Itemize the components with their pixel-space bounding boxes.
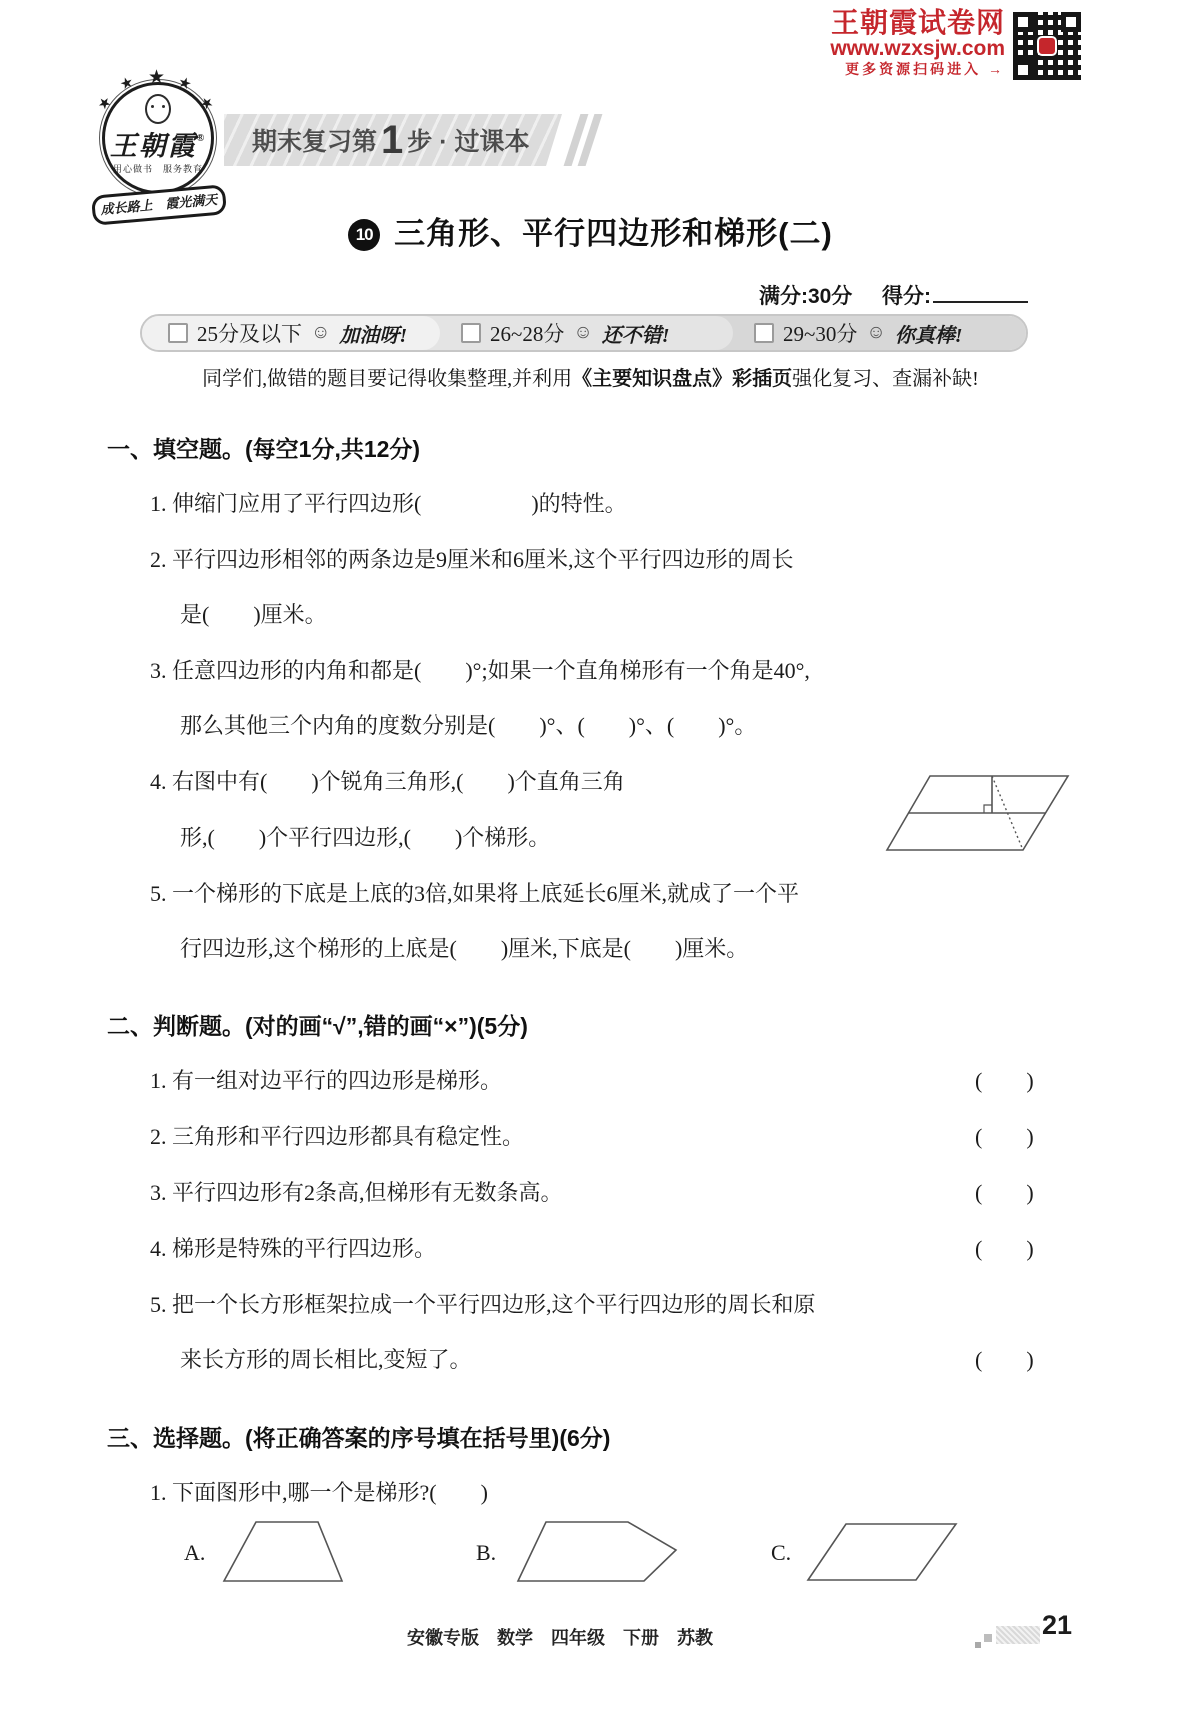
site-brand: 王朝霞试卷网 www.wzxsjw.com 更多资源扫码进入 →	[830, 8, 1005, 78]
smiley-icon: ☺	[573, 322, 592, 344]
sec1-q4-line1: 4. 右图中有( )个锐角三角形,( )个直角三角	[150, 765, 625, 796]
earned-score-label: 得分:	[882, 285, 931, 308]
worksheet-page: 王朝霞试卷网 www.wzxsjw.com 更多资源扫码进入 → ★ ★ ★ ★…	[0, 0, 1181, 1730]
lesson-title: 三角形、平行四边形和梯形(二)	[394, 216, 833, 251]
tier-checkbox[interactable]	[754, 323, 774, 343]
logo-name: 王朝霞®	[92, 124, 224, 163]
option-a-label: A.	[184, 1540, 205, 1566]
banner-text-pre: 期末复习第	[252, 122, 377, 158]
sec2-item5-line2: 来长方形的周长相比,变短了。	[180, 1343, 472, 1374]
answer-bracket: ( )	[975, 1120, 1034, 1151]
notice-pre: 同学们,做错的题目要记得收集整理,并利用	[202, 368, 572, 390]
score-blank-line	[933, 281, 1028, 303]
qr-center-emblem-icon	[1037, 36, 1057, 56]
star-icon: ★	[117, 72, 136, 94]
option-b-label: B.	[476, 1540, 496, 1566]
answer-bracket: ( )	[975, 1232, 1034, 1263]
star-icon: ★	[175, 72, 194, 94]
tier-range: 25分及以下	[197, 318, 302, 348]
sec1-q3-line1: 3. 任意四边形的内角和都是( )°;如果一个直角梯形有一个角是40°,	[150, 654, 810, 685]
tier-comment: 还不错!	[602, 319, 670, 348]
answer-bracket: ( )	[975, 1064, 1034, 1095]
notice-post: 强化复习、查漏补缺!	[792, 368, 979, 390]
site-brand-title: 王朝霞试卷网	[830, 8, 1005, 38]
score-band: 25分及以下 ☺ 加油呀! 26~28分 ☺ 还不错! 29~30分 ☺ 你真棒…	[140, 314, 1028, 352]
sec1-q1: 1. 伸缩门应用了平行四边形( )的特性。	[150, 487, 627, 518]
page-number-decor	[996, 1626, 1040, 1644]
tier-checkbox[interactable]	[168, 323, 188, 343]
registered-mark: ®	[197, 133, 206, 144]
score-band-tier-2: 26~28分 ☺ 还不错!	[421, 316, 733, 350]
page-number-decor-square	[975, 1642, 981, 1648]
publisher-logo: ★ ★ ★ ★ ★ 王朝霞® 用心做书 服务教育 成长路上 霞光满天	[92, 68, 224, 224]
banner-step-number: 1	[381, 118, 403, 163]
sec2-item2: 2. 三角形和平行四边形都具有稳定性。	[150, 1120, 524, 1151]
smiley-icon: ☺	[866, 322, 885, 344]
portrait-icon	[145, 94, 171, 124]
option-c-parallelogram	[806, 1520, 958, 1584]
sec2-item3: 3. 平行四边形有2条高,但梯形有无数条高。	[150, 1176, 563, 1207]
qr-code-icon	[1013, 12, 1081, 80]
section3-heading: 三、选择题。(将正确答案的序号填在括号里)(6分)	[107, 1420, 610, 1453]
tier-range: 29~30分	[783, 318, 857, 348]
score-band-tier-1: 25分及以下 ☺ 加油呀!	[142, 316, 440, 350]
section1-heading: 一、填空题。(每空1分,共12分)	[107, 431, 420, 464]
tier-range: 26~28分	[490, 318, 564, 348]
star-icon: ★	[148, 66, 165, 89]
sec2-item1: 1. 有一组对边平行的四边形是梯形。	[150, 1064, 502, 1095]
sec1-q5-line1: 5. 一个梯形的下底是上底的3倍,如果将上底延长6厘米,就成了一个平	[150, 877, 799, 908]
notice-em: 《主要知识盘点》彩插页	[572, 368, 792, 390]
qr-finder-icon	[1013, 12, 1033, 32]
tier-checkbox[interactable]	[461, 323, 481, 343]
full-score-label: 满分:30分	[759, 285, 852, 308]
logo-subtext: 用心做书 服务教育	[92, 162, 224, 175]
site-url: www.wzxsjw.com	[830, 38, 1005, 60]
option-a-trapezoid	[222, 1518, 346, 1586]
page-title: 10三角形、平行四边形和梯形(二)	[0, 208, 1181, 253]
banner-text-post: 步 · 过课本	[407, 122, 529, 158]
page-number-decor-square	[984, 1634, 992, 1642]
sec1-q2-line1: 2. 平行四边形相邻的两条边是9厘米和6厘米,这个平行四边形的周长	[150, 543, 794, 574]
sec2-item4: 4. 梯形是特殊的平行四边形。	[150, 1232, 436, 1263]
site-tagline: 更多资源扫码进入 →	[830, 60, 1005, 78]
sec1-q5-line2: 行四边形,这个梯形的上底是( )厘米,下底是( )厘米。	[180, 932, 748, 963]
notice-line: 同学们,做错的题目要记得收集整理,并利用《主要知识盘点》彩插页强化复习、查漏补缺…	[0, 362, 1181, 391]
sec1-q3-line2: 那么其他三个内角的度数分别是( )°、( )°、( )°。	[180, 709, 756, 740]
option-b-pentagon	[516, 1518, 680, 1586]
page-number: 21	[1042, 1610, 1072, 1641]
lesson-number-badge: 10	[348, 219, 380, 251]
sec1-q2-line2: 是( )厘米。	[180, 598, 327, 629]
option-c-label: C.	[771, 1540, 791, 1566]
qr-finder-icon	[1061, 12, 1081, 32]
answer-bracket: ( )	[975, 1176, 1034, 1207]
qr-finder-icon	[1013, 60, 1033, 80]
section2-heading: 二、判断题。(对的画“√”,错的画“×”)(5分)	[107, 1008, 528, 1041]
tier-comment: 加油呀!	[339, 319, 407, 348]
sec2-item5-line1: 5. 把一个长方形框架拉成一个平行四边形,这个平行四边形的周长和原	[150, 1288, 816, 1319]
q4-figure-parallelogram	[880, 768, 1076, 860]
step-banner: 期末复习第 1 步 · 过课本	[224, 114, 562, 166]
sec3-q1: 1. 下面图形中,哪一个是梯形?( )	[150, 1476, 488, 1507]
score-line: 满分:30分 得分:	[759, 280, 1028, 310]
answer-bracket: ( )	[975, 1343, 1034, 1374]
footer-edition: 安徽专版 数学 四年级 下册 苏教	[0, 1624, 1120, 1650]
sec1-q4-line2: 形,( )个平行四边形,( )个梯形。	[180, 821, 550, 852]
score-band-tier-3: 29~30分 ☺ 你真棒!	[714, 316, 1026, 350]
smiley-icon: ☺	[311, 322, 330, 344]
tier-comment: 你真棒!	[895, 319, 963, 348]
